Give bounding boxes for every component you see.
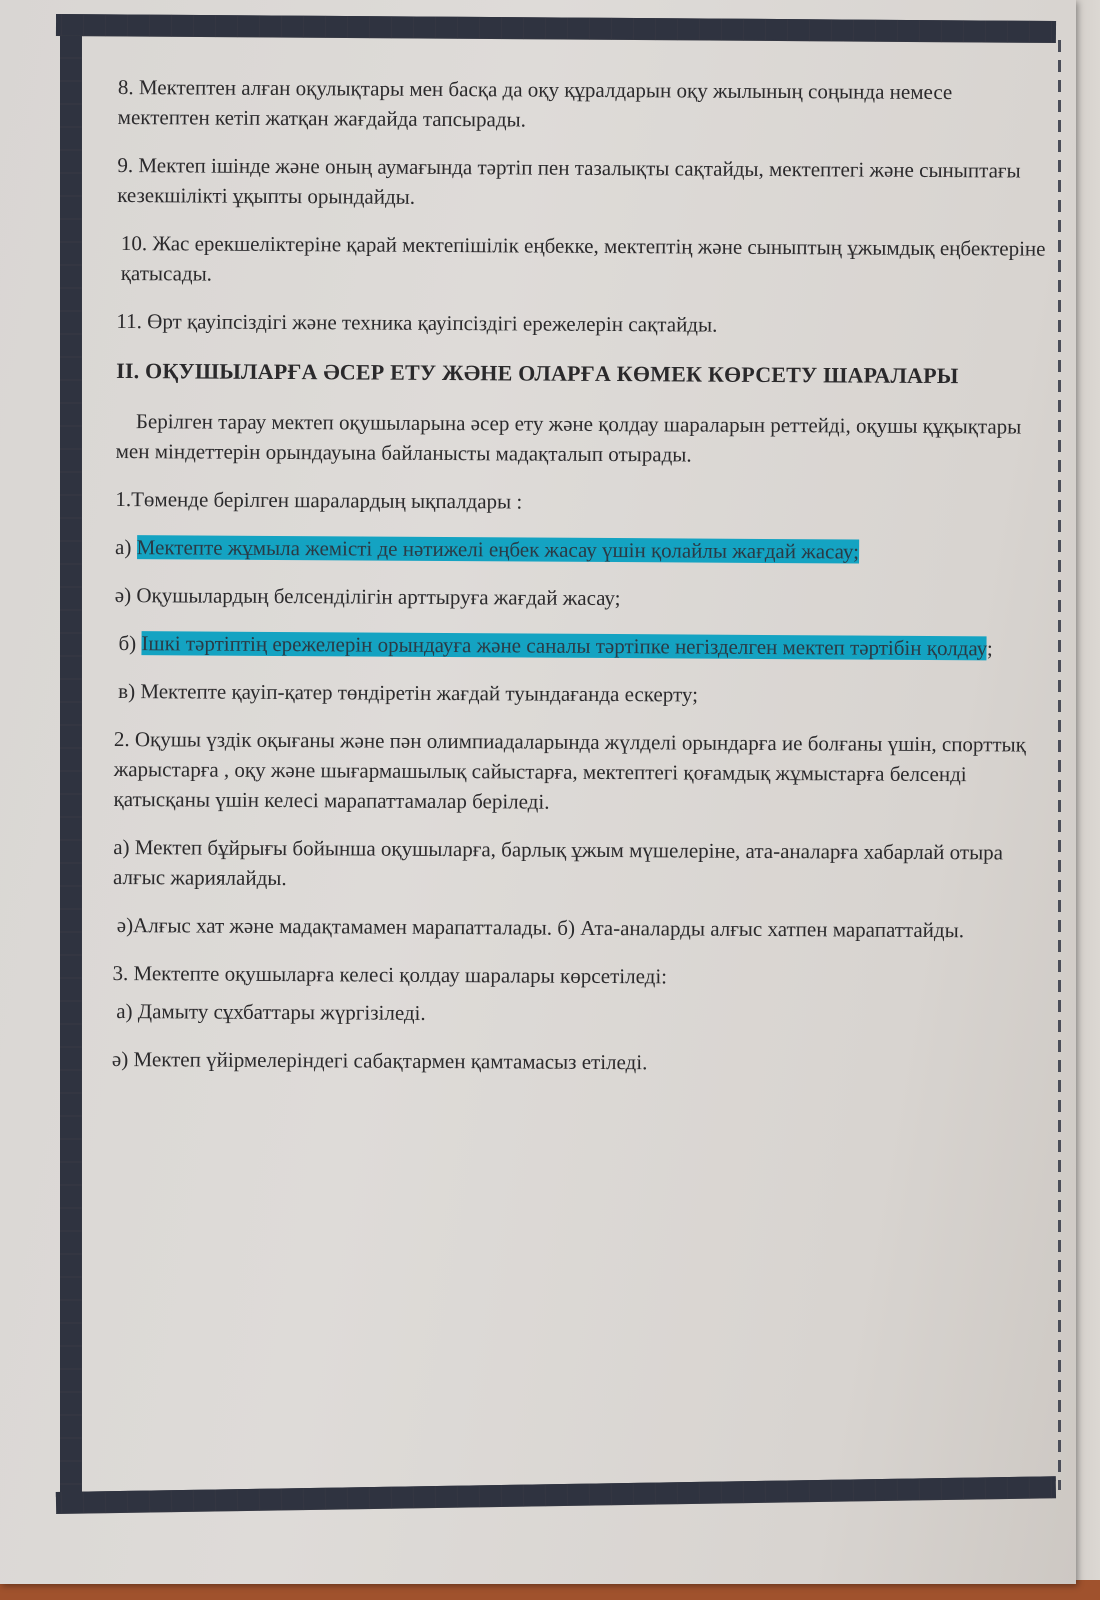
item-3-a: а) Дамыту сұхбаттары жүргізіледі. — [112, 996, 1042, 1032]
paragraph-10: 10. Жас ерекшеліктеріне қарай мектепішіл… — [117, 228, 1047, 294]
item-1-a: а) Мектепте жұмыла жемісті де нәтижелі е… — [115, 532, 1045, 568]
paragraph-8: 8. Мектептен алған оқулықтары мен басқа … — [118, 72, 1048, 138]
item-2-title: 2. Оқушы үздік оқығаны және пән олимпиад… — [113, 724, 1044, 820]
paragraph-9: 9. Мектеп ішінде және оның аумағында тәр… — [117, 150, 1047, 216]
item-1-v: в) Мектепте қауіп-қатер төндіретін жағда… — [114, 676, 1044, 712]
page-content: 8. Мектептен алған оқулықтары мен басқа … — [112, 72, 1048, 1098]
document-page: 8. Мектептен алған оқулықтары мен басқа … — [0, 0, 1076, 1584]
highlighted-text: Ішкі тәртіптің ережелерін орындауға және… — [141, 631, 987, 660]
section-intro: Берілген тарау мектеп оқушыларына әсер е… — [116, 406, 1046, 472]
item-2-ae-b: ә)Алғыс хат және мадақтамамен марапаттал… — [113, 910, 1043, 946]
paragraph-11: 11. Өрт қауіпсіздігі және техника қауіпс… — [116, 306, 1046, 342]
decorative-border-right — [1058, 40, 1061, 1490]
decorative-border-left — [60, 36, 82, 1496]
decorative-border-bottom — [56, 1476, 1056, 1514]
item-1-b-prefix: б) — [118, 631, 141, 655]
item-1-a-prefix: а) — [115, 535, 137, 559]
item-2-a: а) Мектеп бұйрығы бойынша оқушыларға, ба… — [113, 832, 1043, 898]
decorative-border-top — [56, 14, 1056, 43]
item-3-title: 3. Мектепте оқушыларға келесі қолдау шар… — [112, 958, 1042, 994]
item-1-title: 1.Төменде берілген шаралардың ықпалдары … — [115, 484, 1045, 520]
item-1-b: б) Ішкі тәртіптің ережелерін орындауға ж… — [114, 628, 1044, 664]
highlighted-text: Мектепте жұмыла жемісті де нәтижелі еңбе… — [137, 535, 859, 563]
item-1-b-suffix: ; — [987, 636, 993, 660]
section-heading: II. ОҚУШЫЛАРҒА ӘСЕР ЕТУ ЖӘНЕ ОЛАРҒА КӨМЕ… — [116, 354, 1046, 394]
item-3-ae: ә) Мектеп үйірмелеріндегі сабақтармен қа… — [112, 1044, 1042, 1080]
item-1-ae: ә) Оқушылардың белсенділігін арттыруға ж… — [115, 580, 1045, 616]
